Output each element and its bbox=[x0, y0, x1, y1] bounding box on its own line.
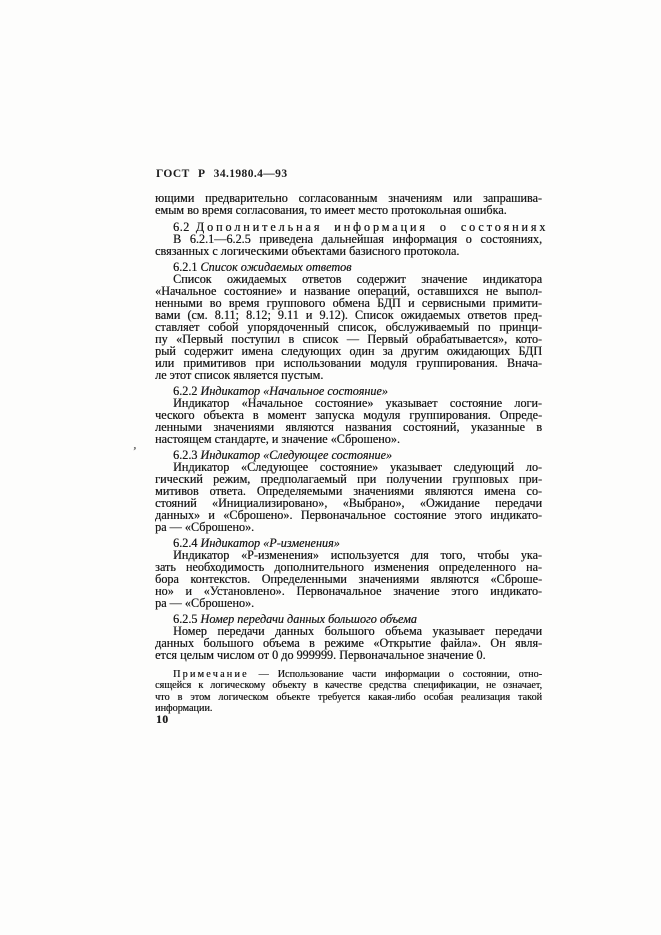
section-subheading: 6.2.5 Номер передачи данных большого объ… bbox=[155, 613, 542, 625]
paragraph: Номер передачи данных большого объема ук… bbox=[155, 625, 542, 661]
paragraph: Индикатор «Следующее состояние» указывае… bbox=[155, 461, 542, 533]
text-line: настоящем стандарте, и значение «Сброшен… bbox=[155, 433, 542, 445]
section-title: Индикатор «Р-изменения» bbox=[200, 536, 339, 550]
paragraph: Индикатор «Р-изменения» используется для… bbox=[155, 549, 542, 609]
text-line: Примечание — Использование части информа… bbox=[155, 669, 542, 680]
section-subheading: 6.2.1 Список ожидаемых ответов bbox=[155, 261, 542, 273]
text-line: связанных с логическими объектами базисн… bbox=[155, 245, 542, 257]
section-title: Индикатор «Начальное состояние» bbox=[200, 384, 387, 398]
paragraph: Список ожидаемых ответов содержит значен… bbox=[155, 273, 542, 381]
running-header: ГОСТ Р 34.1980.4—93 bbox=[156, 168, 287, 180]
section-subheading: 6.2.4 Индикатор «Р-изменения» bbox=[155, 537, 542, 549]
section-number: 6.2.5 bbox=[173, 612, 200, 626]
paragraph: Индикатор «Начальное состояние» указывае… bbox=[155, 397, 542, 445]
text-line: емым во время согласования, то имеет мес… bbox=[155, 204, 542, 216]
section-number: 6.2.1 bbox=[173, 260, 200, 274]
section-title: Индикатор «Следующее состояние» bbox=[200, 448, 392, 462]
paragraph: ющими предварительно согласованным значе… bbox=[155, 192, 542, 216]
section-number: 6.2.2 bbox=[173, 384, 200, 398]
text-line: ра — «Сброшено». bbox=[155, 597, 542, 609]
section-subheading: 6.2.2 Индикатор «Начальное состояние» bbox=[155, 385, 542, 397]
section-title: Список ожидаемых ответов bbox=[200, 260, 351, 274]
note-block: Примечание — Использование части информа… bbox=[155, 669, 542, 715]
document-content: ющими предварительно согласованным значе… bbox=[155, 192, 542, 715]
text-line: ле этот список является пустым. bbox=[155, 369, 542, 381]
section-number: 6.2.4 bbox=[173, 536, 200, 550]
section-title: Номер передачи данных большого объема bbox=[200, 612, 416, 626]
text-line: сящейся к логическому объекту в качестве… bbox=[155, 680, 542, 691]
page-number: 10 bbox=[156, 714, 169, 726]
scan-artifact-mark: ’ bbox=[133, 446, 136, 458]
paragraph: В 6.2.1—6.2.5 приведена дальнейшая инфор… bbox=[155, 233, 542, 257]
document-page: ГОСТ Р 34.1980.4—93 ющими предварительно… bbox=[0, 0, 661, 935]
text-line: что в этом логическом объекте требуется … bbox=[155, 692, 542, 703]
note-label: Примечание bbox=[173, 669, 249, 680]
text-line: информации. bbox=[155, 703, 542, 714]
section-subheading: ’6.2.3 Индикатор «Следующее состояние» bbox=[155, 449, 542, 461]
text-line: ется целым числом от 0 до 999999. Первон… bbox=[155, 649, 542, 661]
section-number: 6.2.3 bbox=[173, 448, 200, 462]
text-line: ра — «Сброшено». bbox=[155, 521, 542, 533]
